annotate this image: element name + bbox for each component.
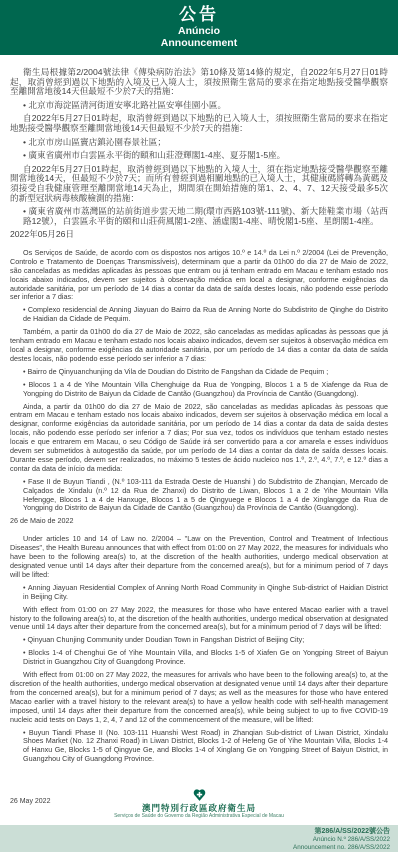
page-title-en: Announcement <box>0 37 398 49</box>
announcement-number-pt: Anúncio N.º 286/A/SS/2022 <box>0 836 390 844</box>
pt-bullet-2a: Bairro de Qinyuanchunjing da Vila de Dou… <box>10 368 388 377</box>
section-chinese: 衛生局根據第2/2004號法律《傳染病防治法》第10條及第14條的規定，自202… <box>10 68 388 240</box>
page-title-pt: Anúncio <box>0 25 398 37</box>
page-title-zh: 公告 <box>0 5 398 25</box>
zh-bullet-2a: 北京市房山區竇店鎮沁園春景社區； <box>10 138 388 148</box>
announcement-header: 公告 Anúncio Announcement <box>0 0 398 55</box>
issuing-organization: 澳門特別行政區政府衛生局 Serviços de Saúde do Govern… <box>0 788 398 819</box>
pt-date: 26 de Maio de 2022 <box>10 517 388 526</box>
pt-paragraph-2: Também, a partir da 01h00 do dia 27 de M… <box>10 328 388 364</box>
en-paragraph-2: With effect from 01:00 on 27 May 2022, t… <box>10 606 388 633</box>
zh-bullet-1: 北京市海淀區清河街道安寧北路社區安寧佳園小區。 <box>10 101 388 111</box>
announcement-number-zh: 第286/A/SS/2022號公告 <box>0 828 390 836</box>
en-paragraph-3: With effect from 01:00 on 27 May 2022, t… <box>10 671 388 724</box>
zh-paragraph-2: 自2022年5月27日01時起，取消曾經到過以下地點的已入境人士，須按照衛生當局… <box>10 114 388 133</box>
en-bullet-2a: Qinyuan Chunjing Community under Doudian… <box>10 636 388 645</box>
pt-paragraph-1: Os Serviços de Saúde, de acordo com os d… <box>10 249 388 302</box>
pt-bullet-3: Fase II de Buyun Tiandi , (N.º 103-111 d… <box>10 478 388 514</box>
org-name-pt: Serviços de Saúde do Governo da Região A… <box>0 814 398 820</box>
zh-paragraph-3: 自2022年5月27日01時起，取消曾經到過以下地點的入境人士，須在指定地點接受… <box>10 165 388 203</box>
en-bullet-3: Buyun Tiandi Phase II (No. 103-111 Huans… <box>10 729 388 765</box>
section-english: Under articles 10 and 14 of Law no. 2/20… <box>10 535 388 764</box>
announcement-page: 公告 Anúncio Announcement 衛生局根據第2/2004號法律《… <box>0 0 398 852</box>
pt-bullet-2b: Blocos 1 a 4 de Yihe Mountain Villa Chen… <box>10 381 388 399</box>
announcement-number-band: 第286/A/SS/2022號公告 Anúncio N.º 286/A/SS/2… <box>0 825 398 852</box>
announcement-number-en: Announcement no. 286/A/SS/2022 <box>0 844 390 852</box>
section-portuguese: Os Serviços de Saúde, de acordo com os d… <box>10 249 388 526</box>
zh-paragraph-1: 衛生局根據第2/2004號法律《傳染病防治法》第10條及第14條的規定，自202… <box>10 68 388 97</box>
announcement-body: 衛生局根據第2/2004號法律《傳染病防治法》第10條及第14條的規定，自202… <box>0 55 398 785</box>
en-paragraph-1: Under articles 10 and 14 of Law no. 2/20… <box>10 535 388 580</box>
zh-bullet-2b: 廣東省廣州市白雲區永平街的頤和山莊澄輝閣1-4座、夏芬閣1-5座。 <box>10 151 388 161</box>
zh-date: 2022年05月26日 <box>10 230 388 240</box>
pt-bullet-1: Complexo residencial de Anning Jiayuan d… <box>10 306 388 324</box>
pt-paragraph-3: Ainda, a partir da 01h00 do dia 27 de Ma… <box>10 403 388 474</box>
health-bureau-logo-icon <box>192 788 207 803</box>
en-bullet-1: Anning Jiayuan Residential Complex of An… <box>10 584 388 602</box>
en-bullet-2b: Blocks 1-4 of Chenghui Ge of Yihe Mounta… <box>10 649 388 667</box>
zh-bullet-3: 廣東省廣州市荔灣區的站前街道步雲天地二期(環市西路103號-111號)、新大陸鞋… <box>10 207 388 226</box>
